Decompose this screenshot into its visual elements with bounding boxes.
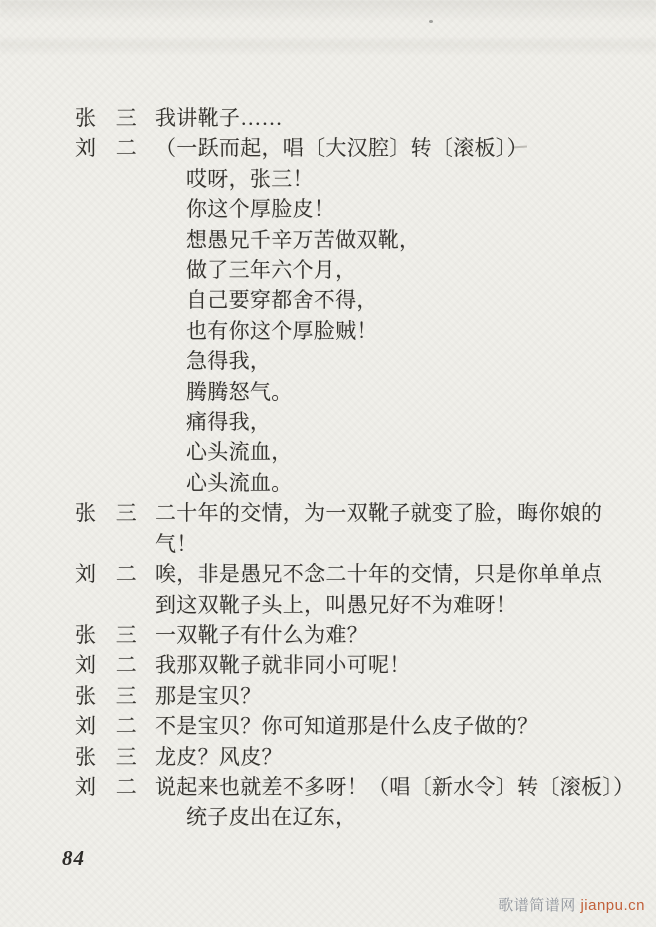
- speaker-name-char: 刘: [75, 711, 96, 741]
- continuation-text: 到这双靴子头上，叫愚兄好不为难呀！: [155, 593, 517, 617]
- dialogue-text: 我那双靴子就非同小可呢！: [155, 653, 411, 677]
- script-line: 心头流血，: [0, 437, 656, 467]
- dialogue-text: 说起来也就差不多呀！（唱〔新水令〕转〔滚板〕）: [155, 775, 634, 799]
- lyric-text: 腾腾怒气。: [186, 380, 293, 404]
- script-line: 想愚兄千辛万苦做双靴，: [0, 225, 656, 255]
- lyric-text: 也有你这个厚脸贼！: [186, 319, 378, 343]
- dialogue-text: 唉，非是愚兄不念二十年的交情，只是你单单点: [155, 562, 602, 586]
- dialogue-text: 那是宝贝？: [155, 684, 262, 708]
- dialogue-text: 一双靴子有什么为难？: [155, 623, 368, 647]
- script-line: 自己要穿都舍不得，: [0, 285, 656, 315]
- speaker-name-char: 刘: [75, 650, 96, 680]
- script-line: 做了三年六个月，: [0, 255, 656, 285]
- speaker-name: 刘二: [75, 711, 137, 741]
- dialogue-text: （一跃而起，唱〔大汉腔〕转〔滚板〕）: [155, 136, 528, 160]
- lyric-text: 心头流血。: [186, 471, 293, 495]
- lyric-text: 心头流血，: [186, 440, 293, 464]
- page-number: 84: [62, 846, 85, 871]
- watermark-site-name: 歌谱简谱网: [498, 897, 576, 914]
- speaker-name: 张三: [75, 681, 137, 711]
- speaker-name-char: 二: [116, 772, 137, 802]
- script-line: 刘二（一跃而起，唱〔大汉腔〕转〔滚板〕）: [0, 133, 656, 163]
- speaker-name: 刘二: [75, 559, 137, 589]
- speaker-name-char: 张: [75, 681, 96, 711]
- speaker-name-char: 二: [116, 559, 137, 589]
- script-line: 到这双靴子头上，叫愚兄好不为难呀！: [0, 590, 656, 620]
- speaker-name-char: 三: [116, 742, 137, 772]
- script-line: 急得我，: [0, 346, 656, 376]
- scanned-script-page: 张三我讲靴子……刘二（一跃而起，唱〔大汉腔〕转〔滚板〕）哎呀，张三！你这个厚脸皮…: [0, 0, 656, 927]
- script-line: 统子皮出在辽东，: [0, 802, 656, 832]
- speaker-name-char: 刘: [75, 133, 96, 163]
- speaker-name: 张三: [75, 742, 137, 772]
- script-line: 张三一双靴子有什么为难？: [0, 620, 656, 650]
- speaker-name-char: 三: [116, 620, 137, 650]
- dialogue-text: 我讲靴子……: [155, 106, 283, 130]
- speaker-name-char: 张: [75, 103, 96, 133]
- script-body: 张三我讲靴子……刘二（一跃而起，唱〔大汉腔〕转〔滚板〕）哎呀，张三！你这个厚脸皮…: [0, 0, 656, 833]
- speaker-name-char: 二: [116, 650, 137, 680]
- script-line: 哎呀，张三！: [0, 164, 656, 194]
- speaker-name-char: 刘: [75, 559, 96, 589]
- script-line: 痛得我，: [0, 407, 656, 437]
- continuation-text: 气！: [155, 532, 198, 556]
- speaker-name: 张三: [75, 620, 137, 650]
- script-line: 刘二说起来也就差不多呀！（唱〔新水令〕转〔滚板〕）: [0, 772, 656, 802]
- speaker-name-char: 三: [116, 498, 137, 528]
- speaker-name-char: 二: [116, 711, 137, 741]
- script-line: 张三二十年的交情，为一双靴子就变了脸，晦你娘的: [0, 498, 656, 528]
- lyric-text: 自己要穿都舍不得，: [186, 288, 378, 312]
- script-line: 腾腾怒气。: [0, 377, 656, 407]
- speaker-name: 张三: [75, 103, 137, 133]
- script-line: 你这个厚脸皮！: [0, 194, 656, 224]
- lyric-text: 你这个厚脸皮！: [186, 197, 335, 221]
- lyric-text: 做了三年六个月，: [186, 258, 356, 282]
- speaker-name: 刘二: [75, 650, 137, 680]
- dialogue-text: 不是宝贝？你可知道那是什么皮子做的？: [155, 714, 538, 738]
- script-line: 气！: [0, 529, 656, 559]
- speaker-name-char: 二: [116, 133, 137, 163]
- dialogue-text: 二十年的交情，为一双靴子就变了脸，晦你娘的: [155, 501, 602, 525]
- speaker-name-char: 三: [116, 681, 137, 711]
- speaker-name-char: 张: [75, 742, 96, 772]
- speaker-name-char: 张: [75, 620, 96, 650]
- speaker-name: 刘二: [75, 133, 137, 163]
- script-line: 张三龙皮？风皮？: [0, 742, 656, 772]
- script-line: 刘二唉，非是愚兄不念二十年的交情，只是你单单点: [0, 559, 656, 589]
- speaker-name-char: 刘: [75, 772, 96, 802]
- lyric-text: 想愚兄千辛万苦做双靴，: [186, 228, 420, 252]
- lyric-text: 痛得我，: [186, 410, 271, 434]
- speaker-name-char: 三: [116, 103, 137, 133]
- script-line: 刘二我那双靴子就非同小可呢！: [0, 650, 656, 680]
- script-line: 心头流血。: [0, 468, 656, 498]
- script-line: 刘二不是宝贝？你可知道那是什么皮子做的？: [0, 711, 656, 741]
- dialogue-text: 龙皮？风皮？: [155, 745, 283, 769]
- speaker-name: 刘二: [75, 772, 137, 802]
- lyric-text: 急得我，: [186, 349, 271, 373]
- script-line: 也有你这个厚脸贼！: [0, 316, 656, 346]
- watermark-site-url: jianpu.cn: [580, 897, 645, 914]
- script-line: 张三那是宝贝？: [0, 681, 656, 711]
- script-line: 张三我讲靴子……: [0, 103, 656, 133]
- watermark: 歌谱简谱网 jianpu.cn: [498, 894, 645, 915]
- lyric-text: 哎呀，张三！: [186, 167, 314, 191]
- speaker-name-char: 张: [75, 498, 96, 528]
- speaker-name: 张三: [75, 498, 137, 528]
- lyric-text: 统子皮出在辽东，: [186, 805, 356, 829]
